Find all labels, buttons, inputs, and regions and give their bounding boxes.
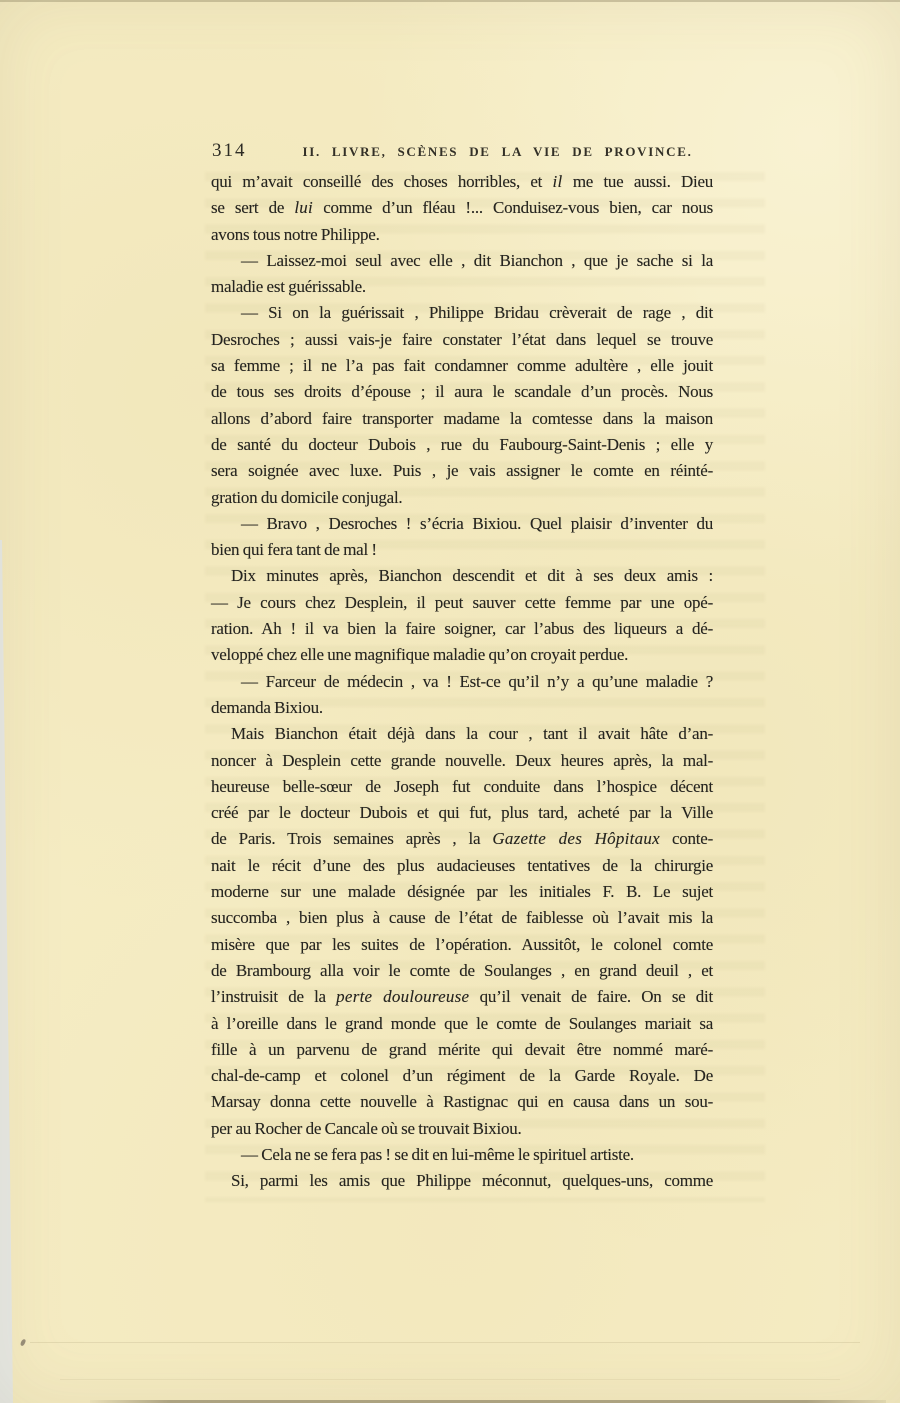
text-line: misère que par les suites de l’opération… bbox=[211, 932, 713, 958]
text-line: gration du domicile conjugal. bbox=[211, 485, 713, 511]
scanner-edge-left bbox=[0, 540, 14, 1403]
text-line: sa femme ; il ne l’a pas fait condamner … bbox=[211, 353, 713, 379]
text-line: succomba , bien plus à cause de l’état d… bbox=[211, 905, 713, 931]
page-header: 314 II. LIVRE, SCÈNES DE LA VIE DE PROVI… bbox=[212, 140, 713, 164]
text-line: Si, parmi les amis que Philippe méconnut… bbox=[211, 1168, 713, 1194]
text-line: bien qui fera tant de mal ! bbox=[211, 537, 713, 563]
text-line: ration. Ah ! il va bien la faire soigner… bbox=[211, 616, 713, 642]
text-line: moderne sur une malade désignée par les … bbox=[211, 879, 713, 905]
text-line: — Cela ne se fera pas ! se dit en lui-mê… bbox=[211, 1142, 713, 1168]
page-edge-top bbox=[0, 0, 900, 2]
text-line: — Si on la guérissait , Philippe Bridau … bbox=[211, 300, 713, 326]
text-line: veloppé chez elle une magnifique maladie… bbox=[211, 642, 713, 668]
scanned-book-page: 314 II. LIVRE, SCÈNES DE LA VIE DE PROVI… bbox=[0, 0, 900, 1403]
text-line: — Je cours chez Desplein, il peut sauver… bbox=[211, 590, 713, 616]
text-line: demanda Bixiou. bbox=[211, 695, 713, 721]
text-line: maladie est guérissable. bbox=[211, 274, 713, 300]
text-line: créé par le docteur Dubois et qui fut, p… bbox=[211, 800, 713, 826]
text-line: sera soignée avec luxe. Puis , je vais a… bbox=[211, 458, 713, 484]
paper-crease bbox=[30, 1342, 860, 1343]
text-line: de tous ses droits d’épouse ; il aura le… bbox=[211, 379, 713, 405]
text-block: qui m’avait conseillé des choses horribl… bbox=[211, 169, 713, 1195]
text-line: l’instruisit de la perte douloureuse qu’… bbox=[211, 984, 713, 1010]
text-line: — Farceur de médecin , va ! Est-ce qu’il… bbox=[211, 669, 713, 695]
ink-speck bbox=[20, 1338, 27, 1346]
page-number: 314 bbox=[212, 140, 247, 162]
text-line: per au Rocher de Cancale où se trouvait … bbox=[211, 1116, 713, 1142]
text-line: se sert de lui comme d’un fléau !... Con… bbox=[211, 195, 713, 221]
text-line: de santé du docteur Dubois , rue du Faub… bbox=[211, 432, 713, 458]
text-line: — Bravo , Desroches ! s’écria Bixiou. Qu… bbox=[211, 511, 713, 537]
text-line: de Brambourg alla voir le comte de Soula… bbox=[211, 958, 713, 984]
text-line: à l’oreille dans le grand monde que le c… bbox=[211, 1011, 713, 1037]
text-line: qui m’avait conseillé des choses horribl… bbox=[211, 169, 713, 195]
text-line: allons d’abord faire transporter madame … bbox=[211, 406, 713, 432]
paper-crease bbox=[60, 1379, 840, 1380]
text-line: fille à un parvenu de grand mérite qui d… bbox=[211, 1037, 713, 1063]
text-line: Mais Bianchon était déjà dans la cour , … bbox=[211, 721, 713, 747]
text-line: Dix minutes après, Bianchon descendit et… bbox=[211, 563, 713, 589]
text-line: de Paris. Trois semaines après , la Gaze… bbox=[211, 826, 713, 852]
text-line: heureuse belle-sœur de Joseph fut condui… bbox=[211, 774, 713, 800]
text-line: nait le récit d’une des plus audacieuses… bbox=[211, 853, 713, 879]
text-line: Desroches ; aussi vais-je faire constate… bbox=[211, 327, 713, 353]
text-line: Marsay donna cette nouvelle à Rastignac … bbox=[211, 1089, 713, 1115]
text-line: avons tous notre Philippe. bbox=[211, 222, 713, 248]
text-line: — Laissez-moi seul avec elle , dit Bianc… bbox=[211, 248, 713, 274]
text-line: chal-de-camp et colonel d’un régiment de… bbox=[211, 1063, 713, 1089]
running-title: II. LIVRE, SCÈNES DE LA VIE DE PROVINCE. bbox=[276, 144, 719, 160]
text-line: noncer à Desplein cette grande nouvelle.… bbox=[211, 748, 713, 774]
